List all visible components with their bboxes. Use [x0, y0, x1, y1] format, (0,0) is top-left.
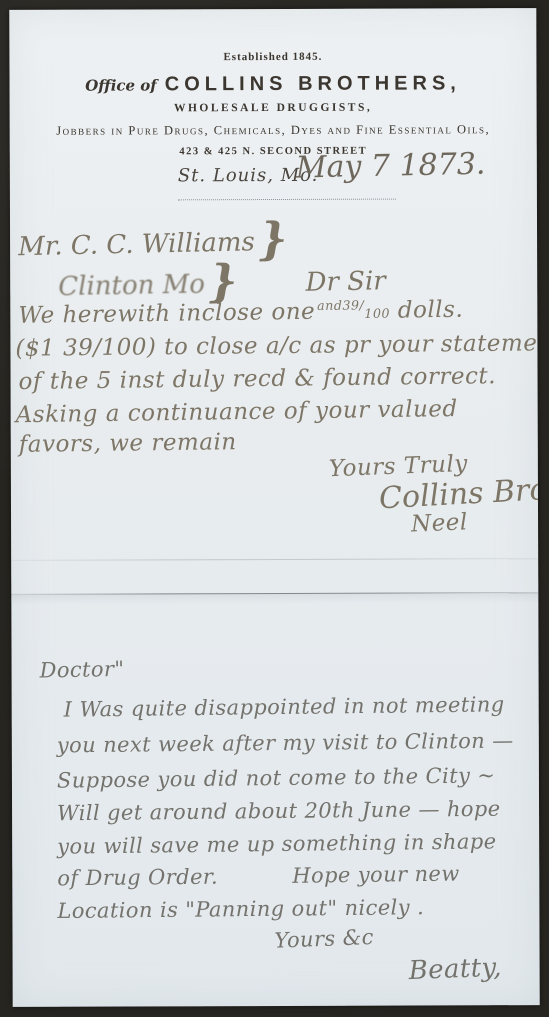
letter-line: of the 5 inst duly recd & found correct.	[18, 363, 496, 395]
photo-background: Established 1845. Office ofCOLLINS BROTH…	[0, 0, 549, 1017]
handwritten-date: May 7 1873.	[295, 147, 485, 186]
postscript-line: of Drug Order.	[57, 865, 218, 891]
postscript-line: Hope your new	[292, 861, 460, 887]
established-line: Established 1845.	[9, 50, 536, 64]
fold-crease	[11, 558, 538, 561]
amount-frac-num: 39/	[342, 297, 364, 312]
salutation: Dr Sir	[305, 266, 386, 297]
letter-line: Asking a continuance of your valued	[16, 396, 458, 428]
letter-paper: Established 1845. Office ofCOLLINS BROTH…	[9, 8, 539, 1007]
amount-post: dolls.	[398, 297, 464, 324]
postscript-closing: Yours &c	[274, 925, 374, 953]
letter-amount-line: We herewith inclose oneand39/100 dolls.	[18, 296, 463, 329]
postscript-line: Location is "Panning out" nicely .	[57, 895, 424, 923]
fold-crease-shadow	[11, 593, 538, 605]
date-rule	[178, 186, 396, 201]
wholesale-druggists-line: WHOLESALE DRUGGISTS,	[10, 101, 537, 115]
office-of-label: Office of	[85, 76, 157, 94]
postscript-salutation: Doctor"	[39, 657, 124, 683]
letter-line: ($1 39/100) to close a/c as pr your stat…	[15, 330, 539, 362]
signer-name: Neel	[411, 509, 469, 537]
amount-sup: and	[317, 298, 342, 313]
postscript-signature: Beatty,	[408, 953, 502, 987]
date-line: St. Louis, Mo. May 7 1873.	[178, 164, 528, 205]
recipient-place: Clinton Mo	[58, 269, 205, 302]
office-line: Office ofCOLLINS BROTHERS,	[9, 72, 536, 97]
postscript-line: you will save me up something in shape	[57, 829, 497, 858]
postscript-line: Will get around about 20th June — hope	[57, 797, 501, 826]
postscript-line: you next week after my visit to Clinton …	[57, 729, 514, 758]
letter-line: favors, we remain	[19, 429, 237, 458]
company-name: COLLINS BROTHERS,	[165, 72, 461, 95]
amount-frac-den: 100	[364, 306, 390, 321]
postscript-line: Suppose you did not come to the City ~	[57, 763, 496, 792]
postscript-line: I Was quite disappointed in not meeting	[64, 692, 505, 721]
amount-pre: We herewith inclose one	[18, 299, 315, 329]
jobbers-tagline: Jobbers in Pure Drugs, Chemicals, Dyes a…	[10, 122, 537, 139]
